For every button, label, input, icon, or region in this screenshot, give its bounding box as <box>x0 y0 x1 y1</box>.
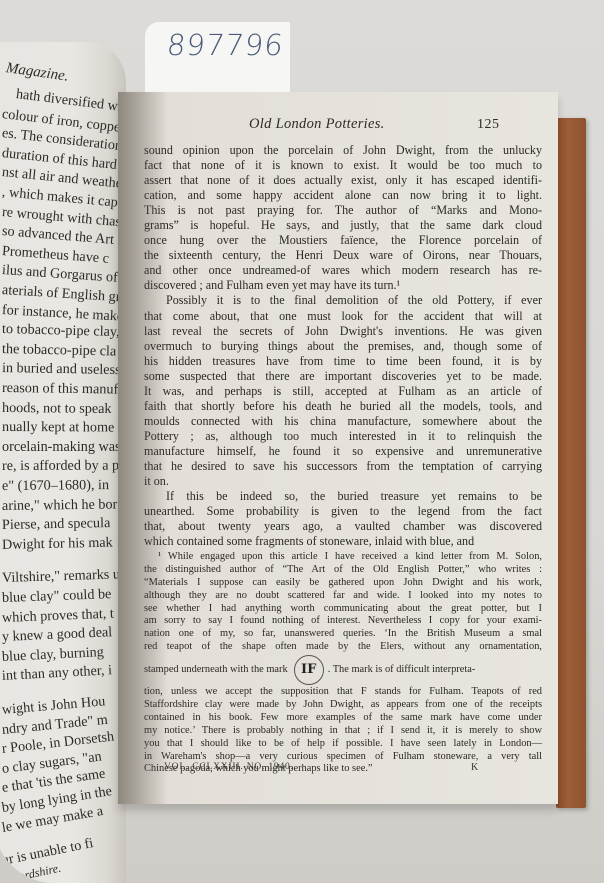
footnote-line: tion, unless we accept the supposition t… <box>144 686 542 699</box>
running-head-title: Old London Potteries. <box>249 116 385 133</box>
mark-line-before: stamped underneath with the mark <box>144 654 288 686</box>
left-text-line: re, is afforded by a p <box>2 458 119 476</box>
inventory-tag: 897796 <box>145 22 290 94</box>
volume-number: VOL. CCLXXIII. NO. 1940. <box>164 762 294 772</box>
potter-mark-if-icon: IF <box>294 655 324 685</box>
right-page: Old London Potteries. 125 sound opinion … <box>118 92 558 804</box>
paragraph: sound opinion upon the porcelain of John… <box>144 143 542 293</box>
footnote-line: Staffordshire clay were made by John Dwi… <box>144 699 542 712</box>
signature-mark: K <box>471 762 479 773</box>
left-text-line: arine," which he bor <box>2 496 118 515</box>
left-text-line: reason of this manufa <box>2 380 125 399</box>
text-line: moulds connected with his china manufact… <box>144 414 542 429</box>
text-line: fact that none of it is known to exist. … <box>144 158 542 173</box>
left-text-line: which proves that, t <box>2 605 114 626</box>
left-text-line: Viltshire," remarks upon <box>2 566 126 587</box>
text-line: manufacture himself, he found it so expe… <box>144 444 542 459</box>
page-footer: VOL. CCLXXIII. NO. 1940. K <box>164 762 524 772</box>
text-line: Pottery ; as, although too much interest… <box>144 429 542 444</box>
left-text-line: hoods, not to speak <box>2 400 112 418</box>
left-text-line: in buried and useless <box>2 360 121 379</box>
text-line: unearthed. Some probability is given to … <box>144 504 542 519</box>
left-text-line: nually kept at home by <box>2 419 126 437</box>
text-line: once hung over the Moustiers faïence, th… <box>144 233 542 248</box>
text-line: If this be indeed so, the buried treasur… <box>144 489 542 504</box>
text-line: faith that shortly before his death he b… <box>144 399 542 414</box>
left-text-line: Pierse, and specula <box>2 515 111 534</box>
footnote-line: nation one of my, so far, unanswered que… <box>144 628 542 641</box>
text-line: overmuch to burying things about the pre… <box>144 339 542 354</box>
left-text-line: Dwight for his mak <box>2 534 113 553</box>
footnote-line: am sorry to say I found nothing of inter… <box>144 615 542 628</box>
wooden-book-board <box>556 118 586 808</box>
page-number: 125 <box>477 117 500 133</box>
text-line: assert that none of it does actually exi… <box>144 173 542 188</box>
text-line: Possibly it is to the final demolition o… <box>144 293 542 308</box>
handwritten-number: 897796 <box>165 28 285 62</box>
left-text-line: e" (1670–1680), in <box>2 477 109 495</box>
footnote-line: contained in his book. Few more examples… <box>144 712 542 725</box>
footnote-line: ¹ While engaged upon this article I have… <box>144 551 542 564</box>
footnote: ¹ While engaged upon this article I have… <box>144 551 542 776</box>
mark-line-after: . The mark is of difficult interpreta- <box>328 654 476 686</box>
footnote-line: see whether I had anything worth communi… <box>144 603 542 616</box>
footnote-line: red teapot of the shape often made by th… <box>144 641 542 654</box>
paragraph: If this be indeed so, the buried treasur… <box>144 489 542 549</box>
footnote-line: “Materials I suppose can easily be gathe… <box>144 577 542 590</box>
left-running-head: Magazine. <box>5 60 70 86</box>
left-text-line: to tobacco-pipe clay, <box>2 321 120 341</box>
paragraph: Possibly it is to the final demolition o… <box>144 293 542 489</box>
text-line: that, about twenty years ago, a vaulted … <box>144 519 542 534</box>
text-line: that come about, that one must look for … <box>144 309 542 324</box>
text-line: the sixteenth century, the Henri Deux wa… <box>144 248 542 263</box>
text-line: It was, and perhaps is still, accepted a… <box>144 384 542 399</box>
text-line: cation, and some happy accident alone ca… <box>144 188 542 203</box>
body-text: sound opinion upon the porcelain of John… <box>144 143 542 549</box>
left-text-line: the tobacco-pipe cla <box>2 341 117 360</box>
footnote-line: the distinguished author of “The Art of … <box>144 564 542 577</box>
left-text-line: y knew a good deal <box>2 624 113 646</box>
footnote-mark-line: stamped underneath with the mark IF . Th… <box>144 654 542 686</box>
text-line: his hidden treasures have from time to t… <box>144 354 542 369</box>
footnote-line: although they are no doubt scattered far… <box>144 590 542 603</box>
text-line: This is not past praying for. The author… <box>144 203 542 218</box>
text-line: some suspected that there are important … <box>144 369 542 384</box>
text-line: and other once undreamed-of wares which … <box>144 263 542 278</box>
running-head: Old London Potteries. 125 <box>118 116 558 136</box>
left-text-line: orcelain-making was <box>2 439 121 456</box>
text-line: sound opinion upon the porcelain of John… <box>144 143 542 158</box>
text-line: grams” is hopeful. He says, and justly, … <box>144 218 542 233</box>
footnote-line: you that I should like to be of help if … <box>144 738 542 751</box>
footnote-line: my notice.’ There is probably nothing in… <box>144 725 542 738</box>
text-line: discovered ; and Fulham even yet may hav… <box>144 278 542 293</box>
left-text-line: int than any other, i <box>2 663 113 686</box>
left-page: Magazine. hath diversified withcolour of… <box>0 42 126 883</box>
left-text-line: blue clay" could be <box>2 586 112 607</box>
text-line: last reveal the secrets of John Dwight's… <box>144 324 542 339</box>
text-line: it on. <box>144 474 542 489</box>
text-line: which contained some fragments of stonew… <box>144 534 542 549</box>
text-line: that he desired to save his successors f… <box>144 459 542 474</box>
